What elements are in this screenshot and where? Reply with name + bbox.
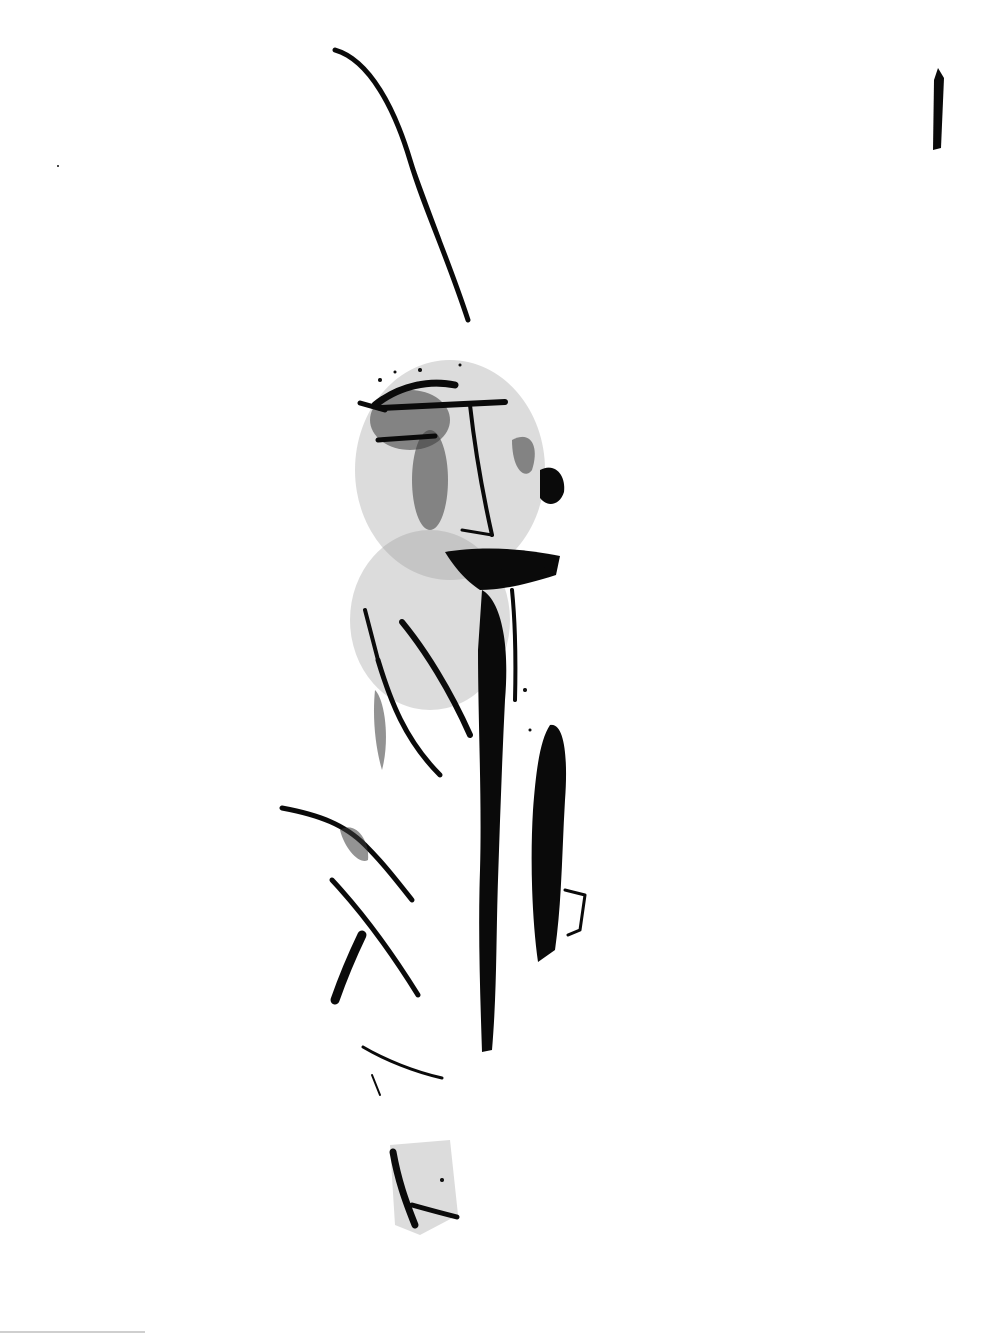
neck-vertical-strokes (478, 590, 585, 1052)
lower-arc-stroke (363, 1047, 442, 1095)
ink-drawing (0, 0, 1000, 1333)
cross-strokes-left (282, 808, 418, 1000)
short-vertical-mark (933, 68, 944, 150)
bottom-fragment (390, 1140, 458, 1235)
curved-arc-stroke (335, 50, 468, 320)
